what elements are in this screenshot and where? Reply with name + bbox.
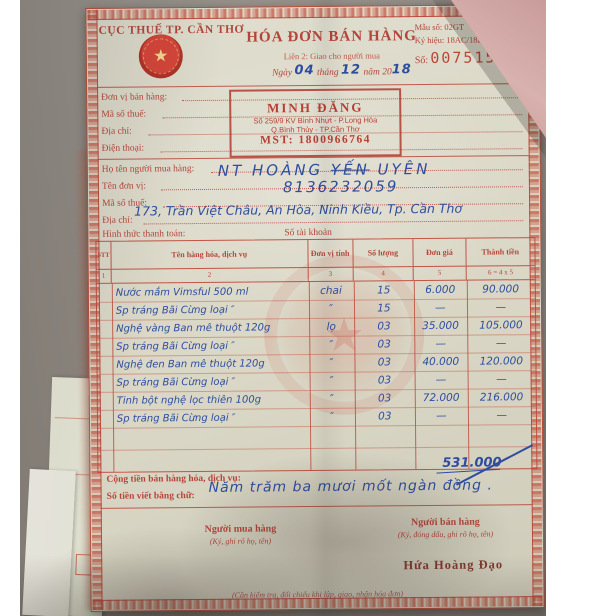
table-body: Nước mắm Vimsful 500 mlchai156.00090.000… bbox=[97, 280, 537, 472]
handwritten-buyer-name: NT HOÀNG YẾN UYÊN bbox=[218, 160, 431, 180]
seller-field-label: Đơn vị bán hàng: bbox=[101, 92, 167, 103]
seller-tax-code: MST: 1800966764 bbox=[260, 134, 371, 147]
buyer-unit-label: Tên đơn vị: bbox=[102, 181, 146, 191]
buyer-signature-title: Người mua hàng bbox=[153, 523, 328, 536]
buyer-signature-note: (Ký, ghi rõ họ, tên) bbox=[153, 536, 328, 547]
row-line bbox=[98, 446, 536, 451]
handwritten-total: 531.000 bbox=[442, 455, 501, 471]
seller-signature-block: Người bán hàng (Ký, đóng dấu, ghi rõ họ,… bbox=[353, 516, 538, 540]
buyer-name-part1: NT HOÀNG bbox=[218, 161, 323, 180]
seller-field-label: Mã số thuế: bbox=[101, 109, 146, 119]
amount-in-words-label: Số tiền viết bằng chữ: bbox=[107, 491, 195, 502]
seller-name: MINH ĐĂNG bbox=[267, 99, 363, 116]
seller-field-label: Điện thoại: bbox=[102, 143, 145, 153]
buyer-address-label: Địa chỉ: bbox=[102, 216, 132, 226]
invoice-sheet: CỤC THUẾ TP. CẦN THƠ ★ HÓA ĐƠN BÁN HÀNG … bbox=[85, 4, 544, 612]
table-row: Sp tráng Bãi Cừng loại ″″03—— bbox=[98, 406, 536, 428]
col-number: 2 bbox=[112, 268, 309, 283]
date-prefix: Ngày bbox=[272, 68, 292, 78]
seller-signature-note: (Ký, đóng dấu, ghi rõ họ, tên) bbox=[353, 529, 538, 540]
seller-stamp: MINH ĐĂNG Số 259/9 KV Bình Nhựt - P.Long… bbox=[229, 88, 402, 157]
buyer-name-label: Họ tên người mua hàng: bbox=[102, 164, 195, 175]
col-number: 3 bbox=[308, 268, 353, 281]
handwritten-buyer-tax-code: 8136232059 bbox=[283, 177, 399, 196]
invoice-photo: Số CỤC THUẾ TP. CẦN THƠ ★ HÓA ĐƠN BÁN HÀ… bbox=[20, 0, 546, 616]
buyer-name-part2: UYÊN bbox=[377, 160, 430, 178]
items-table: STT Tên hàng hóa, dịch vụ Đơn vị tính Số… bbox=[95, 237, 537, 473]
underlying-white-sheet bbox=[22, 469, 76, 616]
col-number: 4 bbox=[353, 267, 414, 281]
star-icon: ★ bbox=[153, 48, 168, 65]
seller-signature-title: Người bán hàng bbox=[353, 516, 538, 529]
col-header-price: Đơn giá bbox=[413, 239, 466, 266]
number-label: Số: bbox=[415, 55, 428, 66]
table-header-row: STT Tên hàng hóa, dịch vụ Đơn vị tính Số… bbox=[96, 238, 534, 270]
col-header-amount: Thành tiền bbox=[466, 238, 535, 266]
account-number-label: Số tài khoản bbox=[284, 228, 332, 238]
handwritten-buyer-address: 173, Trần Việt Châu, An Hòa, Ninh Kiều, … bbox=[134, 201, 462, 219]
seller-field-label: Địa chỉ: bbox=[101, 127, 131, 137]
seller-name-stamp: Hứa Hoàng Đạo bbox=[373, 557, 533, 573]
col-header-unit: Đơn vị tính bbox=[308, 240, 353, 267]
col-header-name: Tên hàng hóa, dịch vụ bbox=[111, 240, 308, 269]
handwritten-day: 04 bbox=[294, 63, 314, 78]
buyer-signature-block: Người mua hàng (Ký, ghi rõ họ, tên) bbox=[153, 523, 328, 547]
section-divider bbox=[101, 504, 533, 509]
date-mid2: năm 20 bbox=[363, 67, 391, 77]
col-number: 5 bbox=[414, 267, 467, 280]
date-mid1: tháng bbox=[317, 68, 339, 78]
col-header-qty: Số lượng bbox=[353, 239, 414, 267]
handwritten-year: 18 bbox=[392, 62, 412, 77]
buyer-name-struck: YẾN bbox=[331, 161, 370, 179]
col-number: 1 bbox=[97, 270, 112, 283]
payment-method-label: Hình thức thanh toán: bbox=[102, 229, 185, 240]
tax-department-emblem-icon: ★ bbox=[139, 34, 183, 78]
col-header-stt: STT bbox=[96, 242, 111, 269]
handwritten-month: 12 bbox=[341, 63, 361, 78]
handwritten-amount-in-words: Năm trăm ba mươi mốt ngàn đồng . bbox=[208, 477, 492, 495]
col-number: 6 = 4 x 5 bbox=[466, 266, 534, 280]
